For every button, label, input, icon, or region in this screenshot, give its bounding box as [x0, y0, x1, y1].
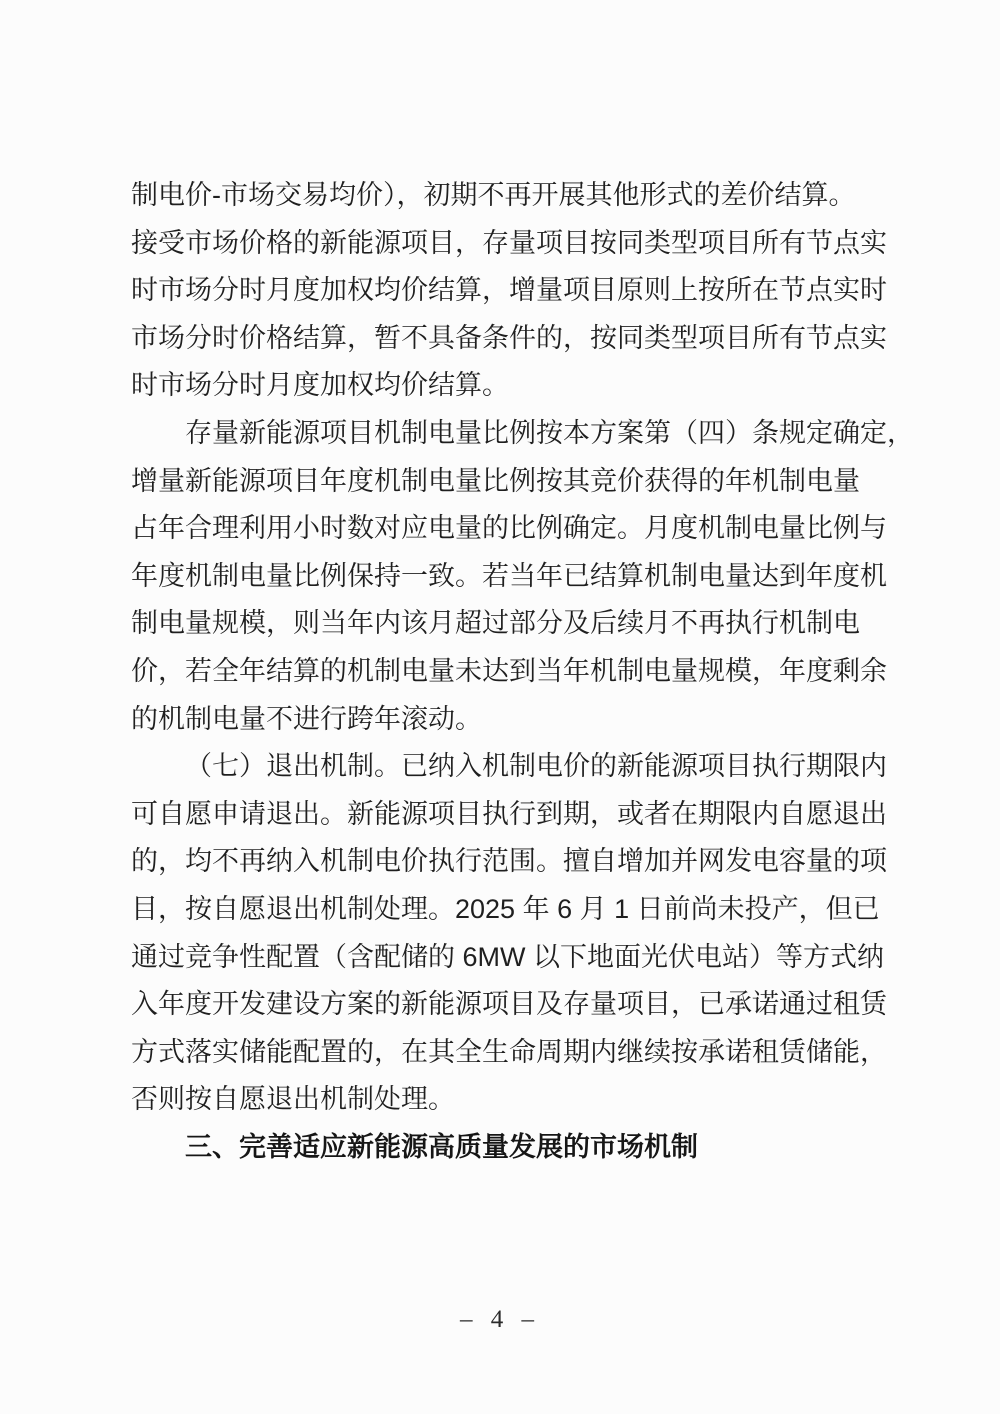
- document-line: 的，均不再纳入机制电价执行范围。擅自增加并网发电容量的项: [131, 838, 891, 886]
- document-line: 制电量规模，则当年内该月超过部分及后续月不再执行机制电: [131, 600, 891, 648]
- document-line: 目，按自愿退出机制处理。2025 年 6 月 1 日前尚未投产，但已: [131, 886, 891, 934]
- document-line: 通过竞争性配置（含配储的 6MW 以下地面光伏电站）等方式纳: [131, 934, 891, 982]
- document-line: 入年度开发建设方案的新能源项目及存量项目，已承诺通过租赁: [131, 981, 891, 1029]
- document-line: 否则按自愿退出机制处理。: [131, 1076, 891, 1124]
- document-line: 接受市场价格的新能源项目，存量项目按同类型项目所有节点实: [131, 220, 891, 268]
- document-line: 增量新能源项目年度机制电量比例按其竞价获得的年机制电量: [131, 458, 891, 506]
- document-line: 年度机制电量比例保持一致。若当年已结算机制电量达到年度机: [131, 553, 891, 601]
- document-line: 价，若全年结算的机制电量未达到当年机制电量规模，年度剩余: [131, 648, 891, 696]
- document-body: 制电价-市场交易均价），初期不再开展其他形式的差价结算。 接受市场价格的新能源项…: [131, 172, 891, 1171]
- document-line: 占年合理利用小时数对应电量的比例确定。月度机制电量比例与: [131, 505, 891, 553]
- section-heading: 三、完善适应新能源高质量发展的市场机制: [131, 1124, 891, 1172]
- document-line: 的机制电量不进行跨年滚动。: [131, 696, 891, 744]
- document-line: 方式落实储能配置的，在其全生命周期内继续按承诺租赁储能，: [131, 1029, 891, 1077]
- document-line: 可自愿申请退出。新能源项目执行到期，或者在期限内自愿退出: [131, 791, 891, 839]
- document-line: 时市场分时月度加权均价结算，增量项目原则上按所在节点实时: [131, 267, 891, 315]
- page-number: – 4 –: [0, 1306, 1000, 1334]
- document-page: 制电价-市场交易均价），初期不再开展其他形式的差价结算。 接受市场价格的新能源项…: [0, 0, 1000, 1414]
- document-line: 时市场分时月度加权均价结算。: [131, 362, 891, 410]
- document-line: （七）退出机制。已纳入机制电价的新能源项目执行期限内: [131, 743, 891, 791]
- document-line: 市场分时价格结算，暂不具备条件的，按同类型项目所有节点实: [131, 315, 891, 363]
- document-line: 制电价-市场交易均价），初期不再开展其他形式的差价结算。: [131, 172, 891, 220]
- document-line: 存量新能源项目机制电量比例按本方案第（四）条规定确定，: [131, 410, 891, 458]
